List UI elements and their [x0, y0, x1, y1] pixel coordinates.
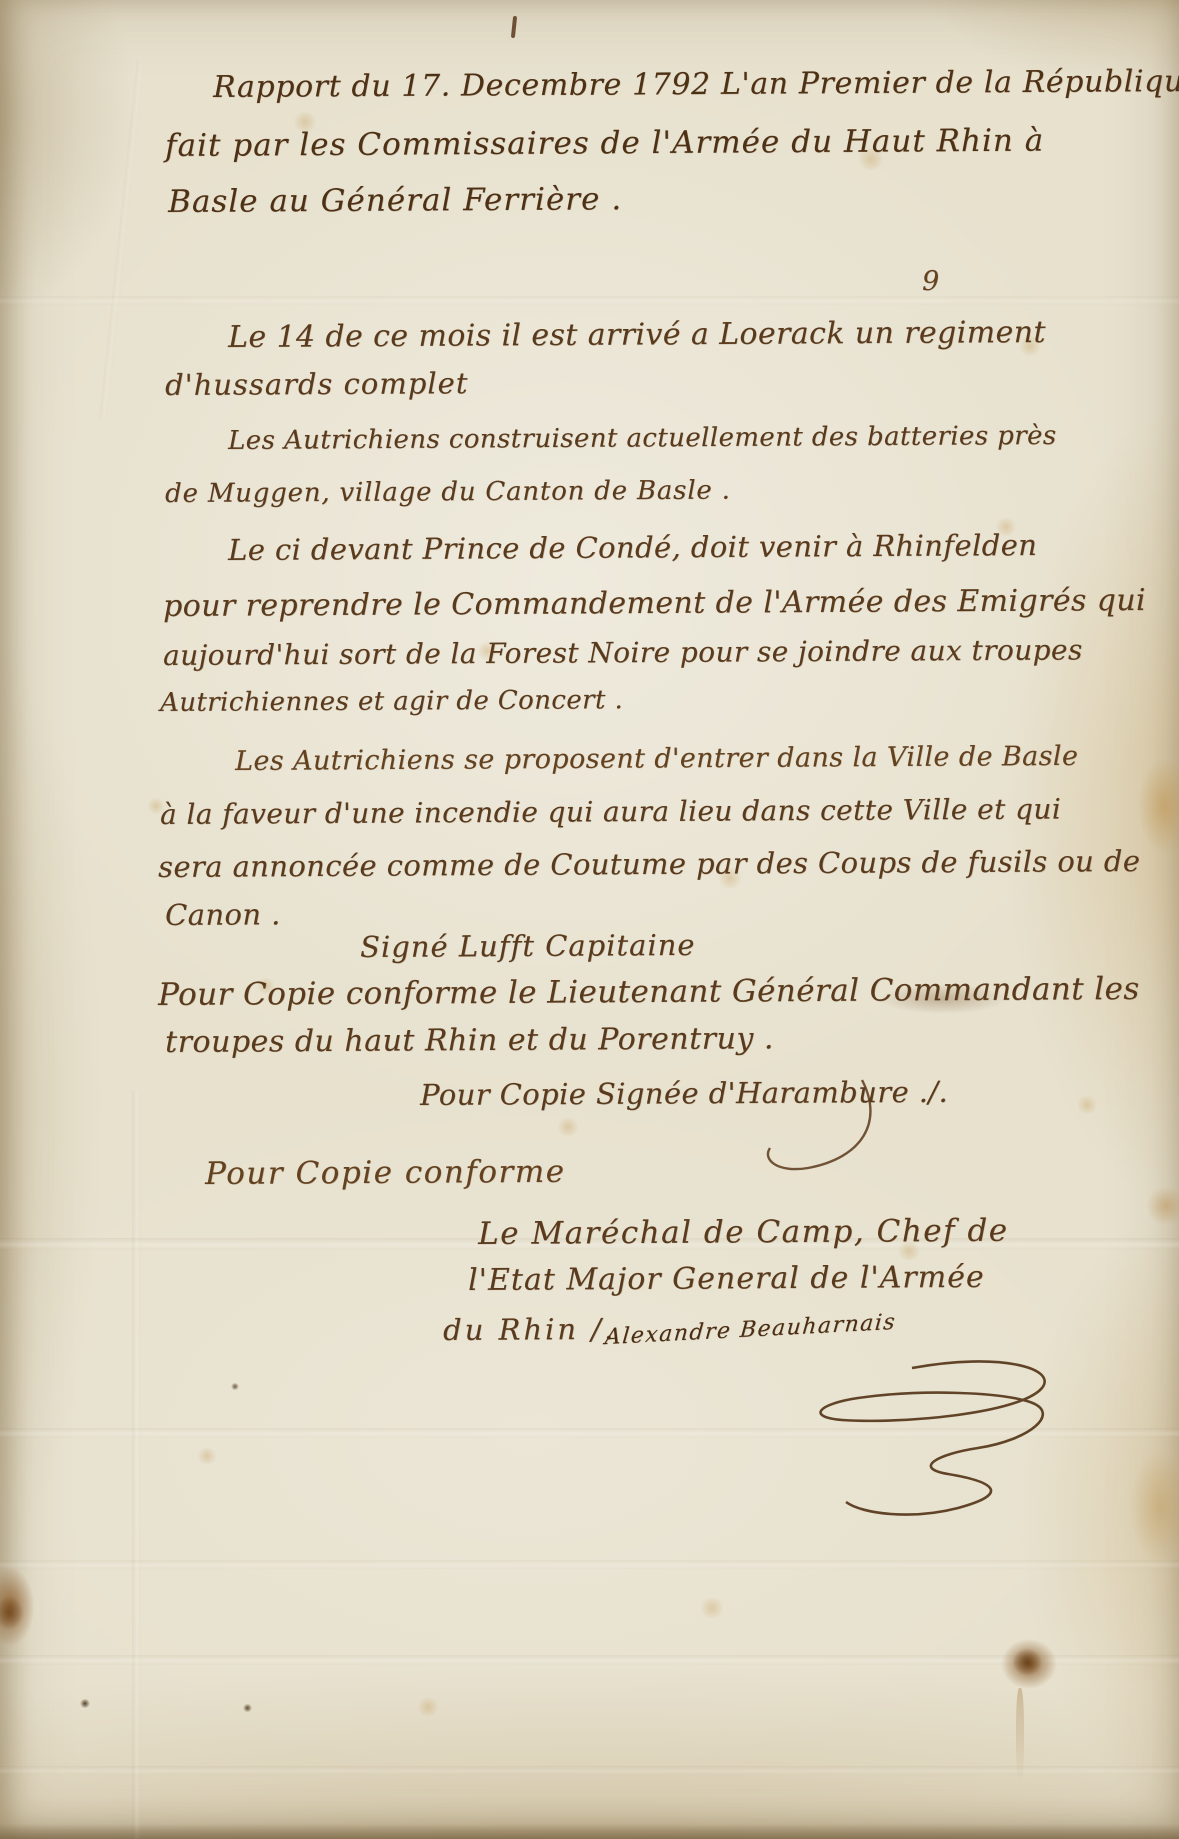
manuscript-page: Rapport du 17. Decembre 1792 L'an Premie… — [0, 0, 1179, 1839]
signature-paraph-flourish — [0, 0, 1179, 1839]
